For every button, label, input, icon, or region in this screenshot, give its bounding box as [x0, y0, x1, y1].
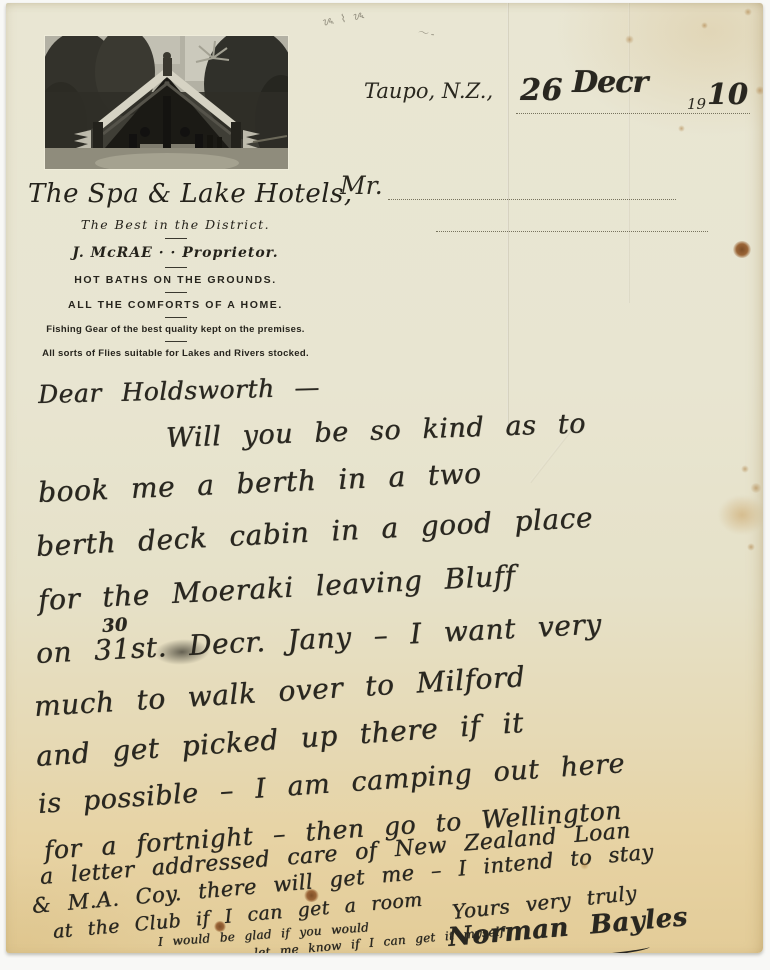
fox-spot	[741, 465, 749, 473]
feature-line-1: HOT BATHS ON THE GROUNDS.	[28, 274, 323, 286]
fox-spot	[678, 125, 685, 132]
stain	[750, 483, 762, 493]
divider-rule	[165, 292, 187, 293]
divider-rule	[165, 238, 187, 239]
salutation: Dear Holdsworth —	[38, 373, 320, 409]
hotel-photo	[45, 36, 288, 169]
dateline-year-written: 10	[707, 77, 749, 111]
hotel-name: The Spa & Lake Hotels,	[28, 179, 323, 209]
fox-spot	[755, 86, 763, 95]
dateline-day: 26	[520, 73, 563, 108]
divider-rule	[165, 341, 187, 342]
fox-spot	[701, 22, 708, 29]
fox-spot	[744, 8, 752, 16]
dateline-place: Taupo, N.Z.,	[364, 79, 493, 103]
divider-rule	[165, 267, 187, 268]
letterhead-block: The Spa & Lake Hotels, The Best in the D…	[28, 179, 323, 359]
letter-paper: ᝰ ⌇ ᝰ 〜‐	[6, 3, 763, 953]
note-line-1: Fishing Gear of the best quality kept on…	[28, 324, 323, 335]
divider-rule	[165, 317, 187, 318]
date-correction: 30	[101, 614, 128, 637]
addressee-fill-line-1	[388, 199, 676, 200]
stain	[718, 495, 763, 535]
proprietor-line: J. McRAE · · Proprietor.	[28, 245, 323, 261]
addressee-label: Mr.	[340, 171, 383, 200]
pencil-scribble: ᝰ ⌇ ᝰ	[321, 7, 368, 30]
pencil-scribble: 〜‐	[417, 24, 437, 42]
fold-crease	[628, 3, 630, 303]
body-line: berth deck cabin in a good place	[35, 501, 594, 563]
dateline-year-printed: 19	[687, 95, 706, 113]
note-line-2: All sorts of Flies suitable for Lakes an…	[28, 348, 323, 359]
body-line: Will you be so kind as to	[165, 408, 586, 454]
body-line: for the Moeraki leaving Bluff	[37, 559, 516, 617]
addressee-fill-line-2	[436, 231, 708, 232]
stain	[733, 241, 751, 258]
date-fill-line	[516, 113, 750, 114]
fold-crease	[507, 3, 509, 433]
body-line: book me a berth in a two	[37, 457, 482, 509]
hotel-tagline: The Best in the District.	[28, 217, 323, 232]
scanned-letter-page: { "letterhead": { "photo": "maori-meetin…	[0, 0, 770, 970]
fox-spot	[747, 543, 755, 551]
feature-line-2: ALL THE COMFORTS OF A HOME.	[28, 299, 323, 311]
dateline-month: Decr	[572, 65, 647, 100]
ink-blot	[153, 638, 210, 667]
